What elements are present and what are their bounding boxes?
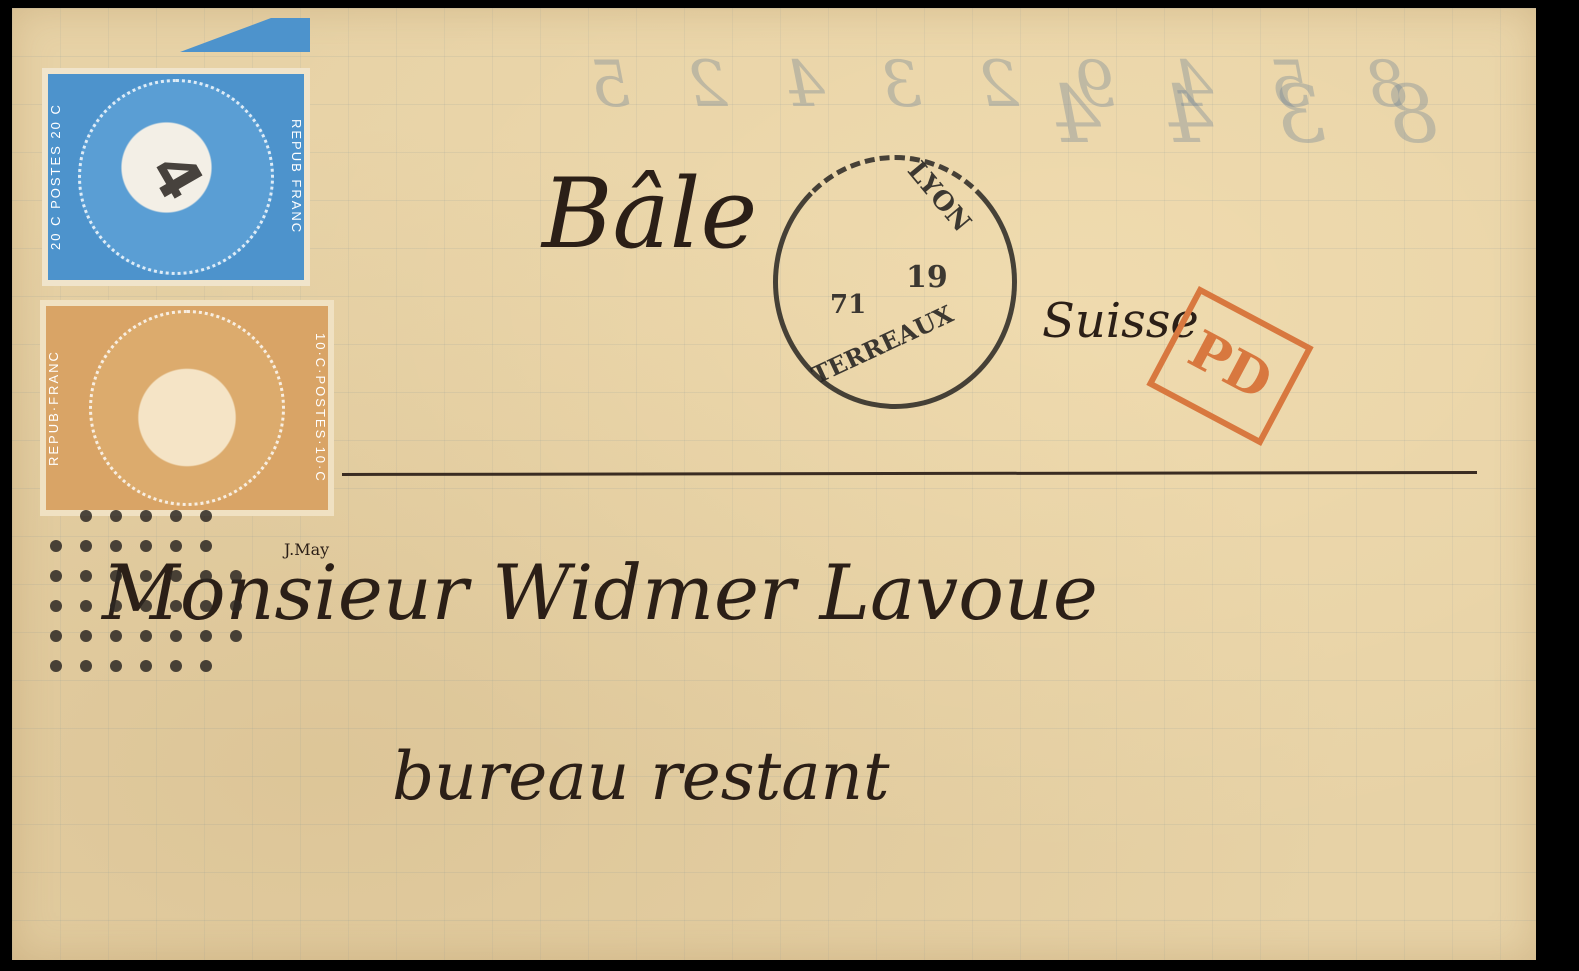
cancel-dot <box>230 600 242 612</box>
cancel-dot <box>80 510 92 522</box>
cancel-dot <box>110 630 122 642</box>
cancel-dot <box>50 570 62 582</box>
cancel-dot <box>110 570 122 582</box>
postmark-year: 71 <box>830 290 866 320</box>
cancel-dot <box>140 600 152 612</box>
poste-restante-instruction: bureau restant <box>392 738 890 815</box>
cancel-dot <box>80 660 92 672</box>
cancel-dot <box>230 630 242 642</box>
cancel-dot <box>170 600 182 612</box>
cancel-dot <box>110 540 122 552</box>
cancel-dot <box>200 570 212 582</box>
cancel-dot <box>200 630 212 642</box>
cancel-dot <box>50 600 62 612</box>
cancel-dot <box>200 510 212 522</box>
cancel-dot <box>170 540 182 552</box>
cancel-dot <box>170 570 182 582</box>
cancel-dot <box>200 600 212 612</box>
cancel-dot <box>80 540 92 552</box>
addressee: Monsieur Widmer Lavoue <box>102 548 1098 637</box>
cancel-dot <box>140 570 152 582</box>
cancel-dot <box>80 630 92 642</box>
marginal-note: J.May <box>284 540 329 559</box>
ghost-figures-right: 8 3 4 4 <box>1032 68 1438 161</box>
cancel-dot <box>170 630 182 642</box>
cancel-dot <box>140 630 152 642</box>
stamp-left-legend: REPUB·FRANC <box>46 306 72 510</box>
stamp-right-legend: REPUB FRANC <box>278 74 304 280</box>
cancel-dot <box>140 540 152 552</box>
destination-city: Bâle <box>542 158 757 270</box>
lyon-cds-postmark: LYON 19 71 TERREAUX <box>773 155 1017 409</box>
cancel-dot <box>110 600 122 612</box>
cancel-dot <box>50 540 62 552</box>
stamp-bistre-10c: REPUB·FRANC 10·C·POSTES·10·C <box>40 300 334 516</box>
cancel-dot <box>140 510 152 522</box>
cancel-dot <box>140 660 152 672</box>
cancel-dot <box>110 660 122 672</box>
cancel-dot <box>170 510 182 522</box>
postmark-day: 19 <box>906 260 948 295</box>
cancel-dot <box>170 660 182 672</box>
stamp-right-legend: 10·C·POSTES·10·C <box>302 306 328 510</box>
cancel-dot <box>80 570 92 582</box>
ceres-head-icon <box>89 310 285 506</box>
cancel-dot <box>230 570 242 582</box>
cancel-dot <box>200 540 212 552</box>
stamp-blue-20c: 20 C POSTES 20 C 4 REPUB FRANC <box>42 68 310 286</box>
stamp-left-legend: 20 C POSTES 20 C <box>48 74 74 280</box>
cancel-dot <box>200 660 212 672</box>
cancel-dot <box>110 510 122 522</box>
cancel-dot <box>50 630 62 642</box>
cancel-dot <box>50 660 62 672</box>
cancel-dot <box>80 600 92 612</box>
